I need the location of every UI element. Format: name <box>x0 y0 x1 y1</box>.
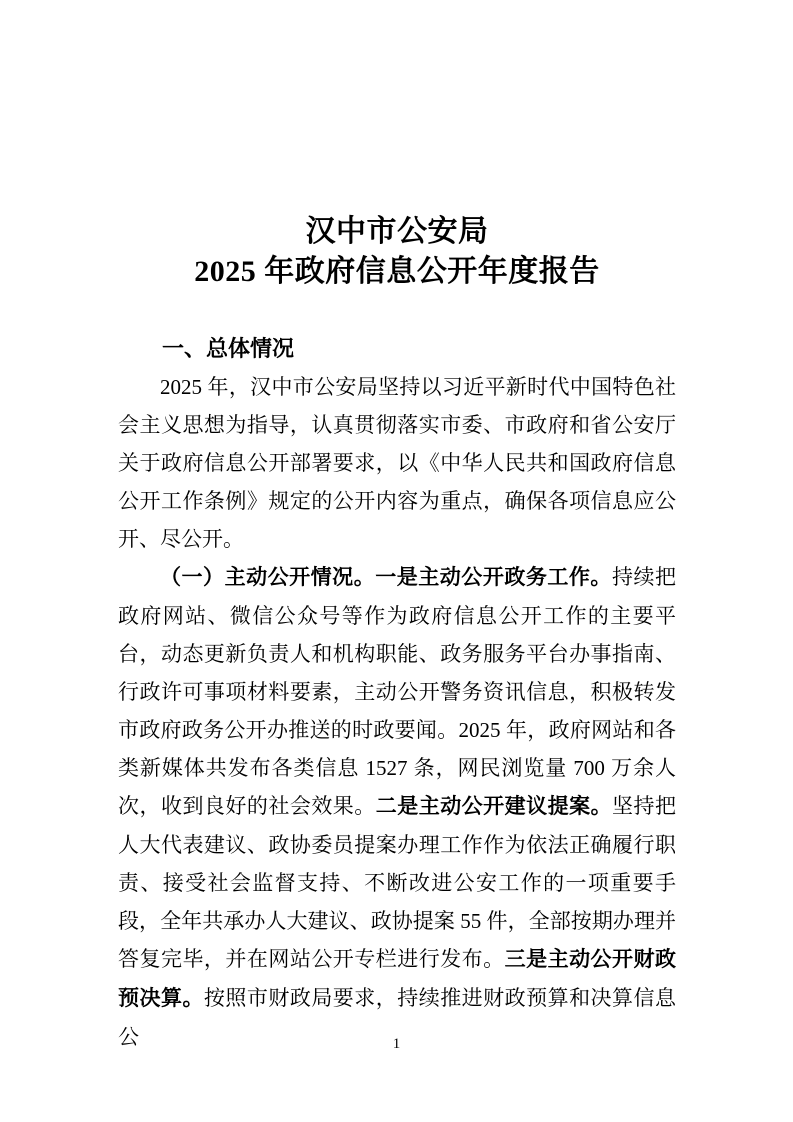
bold-text-run: 一、总体情况 <box>162 336 294 361</box>
document-page: 汉中市公安局 2025 年政府信息公开年度报告 一、总体情况2025 年，汉中市… <box>0 0 793 1122</box>
title-line-1: 汉中市公安局 <box>118 212 676 252</box>
bold-text-run: （一）主动公开情况。一是主动公开政务工作。 <box>160 566 612 589</box>
section-heading: 一、总体情况 <box>118 330 676 368</box>
document-title: 汉中市公安局 2025 年政府信息公开年度报告 <box>118 212 676 292</box>
paragraph: （一）主动公开情况。一是主动公开政务工作。持续把政府网站、微信公众号等作为政府信… <box>118 558 676 1056</box>
page-content: 汉中市公安局 2025 年政府信息公开年度报告 一、总体情况2025 年，汉中市… <box>118 0 676 1056</box>
text-run: 持续把政府网站、微信公众号等作为政府信息公开工作的主要平台，动态更新负责人和机构… <box>118 565 676 818</box>
title-line-2: 2025 年政府信息公开年度报告 <box>118 252 676 292</box>
page-number: 1 <box>0 1034 793 1054</box>
text-run: 2025 年，汉中市公安局坚持以习近平新时代中国特色社会主义思想为指导，认真贯彻… <box>118 375 676 551</box>
bold-text-run: 二是主动公开建议提案。 <box>376 795 612 818</box>
paragraph: 2025 年，汉中市公安局坚持以习近平新时代中国特色社会主义思想为指导，认真贯彻… <box>118 368 676 558</box>
text-run: 坚持把人大代表建议、政协委员提案办理工作作为依法正确履行职责、接受社会监督支持、… <box>118 794 676 971</box>
document-body: 一、总体情况2025 年，汉中市公安局坚持以习近平新时代中国特色社会主义思想为指… <box>118 330 676 1056</box>
